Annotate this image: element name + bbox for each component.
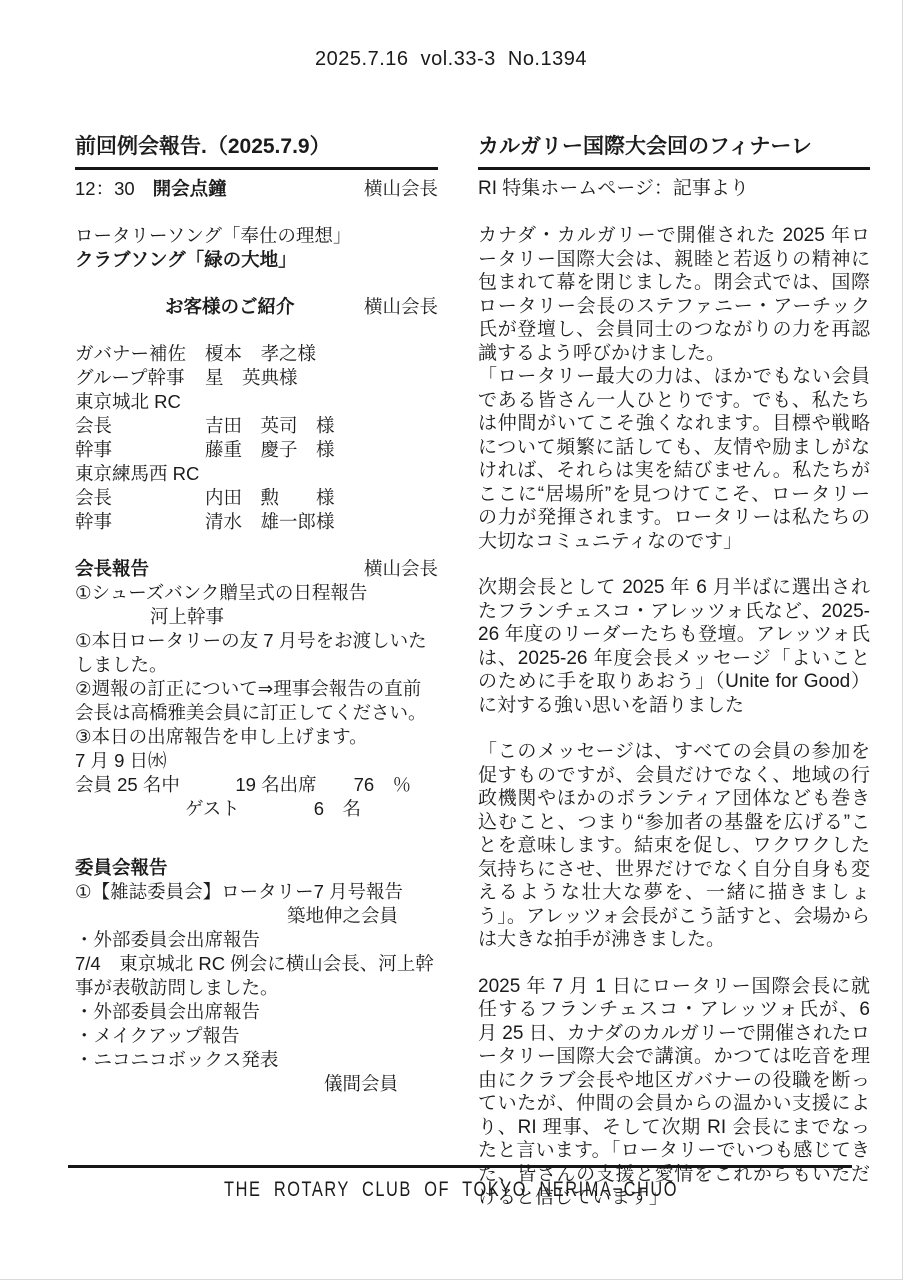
opening-bell-row: 12：30 開会点鐘 横山会長 [75,177,438,201]
guest-row: グループ幹事 星 英典様 [75,366,438,390]
president-report-line: ③本日の出席報告を申し上げます。 [75,725,438,749]
gap [75,844,438,856]
president-report-by: 横山会長 [364,557,438,581]
committee-report-line: ・メイクアップ報告 [75,1024,438,1048]
guest-intro-label: お客様のご紹介 [75,295,295,319]
guest-name: 藤重 慶子 様 [205,438,335,462]
column-convention-article: カルガリー国際大会回のフィナーレ RI 特集ホームページ：記事より カナダ・カル… [478,130,870,1210]
gap [75,319,438,342]
president-report-line: ②週報の訂正について⇒理事会報告の直前会長は高橋雅美会員に訂正してください。 [75,677,438,725]
committee-report-speaker: 築地伸之会員 [75,904,438,928]
guest-role: ガバナー補佐 [75,342,205,366]
article-paragraph-quote: 「このメッセージは、すべての会員の参加を促すものですが、会員だけでなく、地域の行… [478,740,870,952]
masthead-date-volume: 2025.7.16 vol.33-3 No.1394 [0,48,902,71]
committee-report-line: 7/4 東京城北 RC 例会に横山会長、河上幹事が表敬訪問しました。 [75,952,438,1000]
guest-name: 内田 勲 様 [205,486,335,510]
gap [75,272,438,295]
article-title: カルガリー国際大会回のフィナーレ [478,130,870,170]
guest-club-heading: 東京城北 RC [75,390,438,414]
footer-rule [68,1165,852,1168]
guest-role: 会長 [75,414,205,438]
guest-row: 幹事 清水 雄一郎様 [75,510,438,534]
guest-role: 幹事 [75,510,205,534]
opening-by: 横山会長 [364,177,438,201]
column-meeting-report: 前回例会報告.（2025.7.9） 12：30 開会点鐘 横山会長 ロータリーソ… [75,130,438,1210]
article-paragraph: 次期会長として 2025 年 6 月半ばに選出されたフランチェスコ・アレッツォ氏… [478,576,870,717]
article-source: RI 特集ホームページ：記事より [478,177,870,201]
president-report-line: ①シューズバンク贈呈式の日程報告 [75,581,438,605]
guest-role: グループ幹事 [75,366,205,390]
guest-name: 星 英典様 [205,366,298,390]
committee-report-line: ・外部委員会出席報告 [75,928,438,952]
guest-count-line: ゲスト 6 名 [75,797,438,821]
committee-report-line: ・ニコニコボックス発表 [75,1048,438,1072]
attendance-date: 7 月 9 日㈬ [75,749,438,773]
opening-time: 12：30 [75,177,135,201]
guest-club-heading: 東京練馬西 RC [75,462,438,486]
article-paragraph: カナダ・カルガリーで開催された 2025 年ロータリー国際大会は、親睦と若返りの… [478,224,870,365]
gap [75,821,438,844]
two-column-body: 前回例会報告.（2025.7.9） 12：30 開会点鐘 横山会長 ロータリーソ… [75,130,870,1210]
guest-row: ガバナー補佐 榎本 孝之様 [75,342,438,366]
gap [75,534,438,557]
guest-role: 幹事 [75,438,205,462]
guest-row: 会長 吉田 英司 様 [75,414,438,438]
footer-club-name: THE ROTARY CLUB OF TOKYO NERIMA−CHUO [0,1178,902,1202]
guest-row: 幹事 藤重 慶子 様 [75,438,438,462]
president-report-line: ①本日ロータリーの友 7 月号をお渡しいたしました。 [75,629,438,677]
meeting-report-title: 前回例会報告.（2025.7.9） [75,130,438,170]
guest-name: 吉田 英司 様 [205,414,335,438]
rotary-song-line: ロータリーソング「奉仕の理想」 [75,224,438,248]
gap [75,201,438,224]
bulletin-page: 2025.7.16 vol.33-3 No.1394 前回例会報告.（2025.… [0,0,903,1280]
article-paragraph: 2025 年 7 月 1 日にロータリー国際会長に就任するフランチェスコ・アレッ… [478,975,870,1210]
committee-report-speaker: 儀間会員 [75,1072,438,1096]
guest-intro-row: お客様のご紹介 横山会長 [75,295,438,319]
president-report-heading-row: 会長報告 横山会長 [75,557,438,581]
article-paragraph-quote: 「ロータリー最大の力は、ほかでもない会員である皆さん一人ひとりです。でも、私たち… [478,365,870,553]
committee-report-title: 委員会報告 [75,856,438,880]
guest-role: 会長 [75,486,205,510]
guest-name: 榎本 孝之様 [205,342,316,366]
footer-club-name-text: THE ROTARY CLUB OF TOKYO NERIMA−CHUO [224,1178,678,1202]
club-song-line: クラブソング「緑の大地」 [75,248,438,272]
president-report-title: 会長報告 [75,557,149,581]
guest-name: 清水 雄一郎様 [205,510,335,534]
committee-report-line: ①【雑誌委員会】ロータリー7 月号報告 [75,880,438,904]
attendance-count-line: 会員 25 名中 19 名出席 76 ％ [75,773,438,797]
opening-bell-label: 開会点鐘 [153,177,227,201]
guest-intro-by: 横山会長 [364,295,438,319]
president-report-line: 河上幹事 [75,605,438,629]
committee-report-line: ・外部委員会出席報告 [75,1000,438,1024]
guest-row: 会長 内田 勲 様 [75,486,438,510]
